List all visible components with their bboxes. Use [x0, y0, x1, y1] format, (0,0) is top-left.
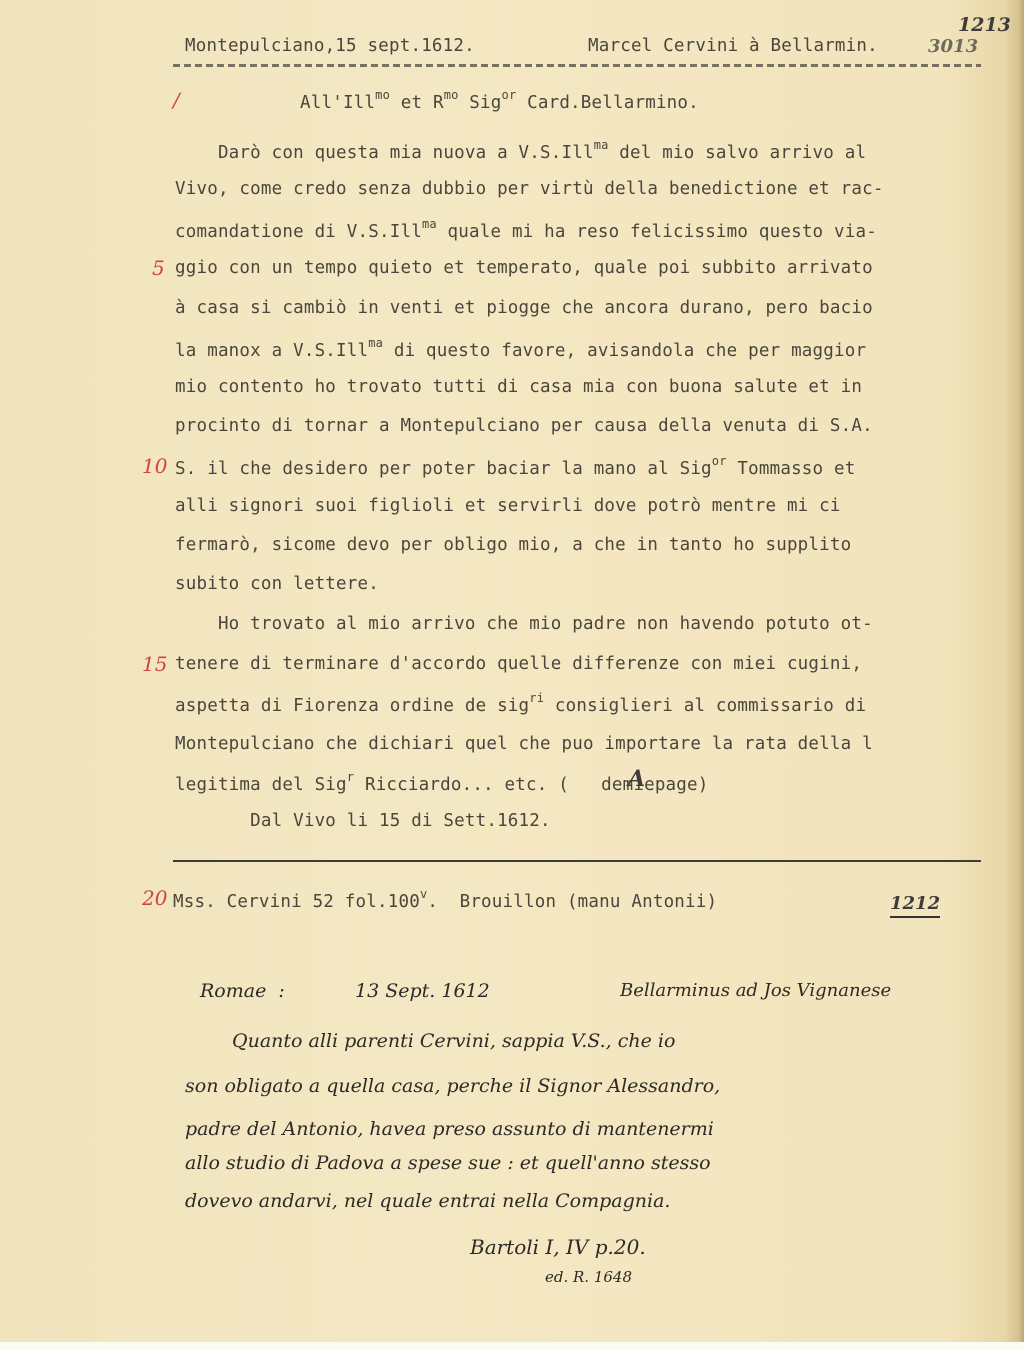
hand-title: Bellarminus ad Jos Vignanese: [620, 980, 891, 1001]
letter-line: fermarò, sicome devo per obligo mio, a c…: [175, 535, 851, 555]
source-citation: Mss. Cervini 52 fol.100v. Brouillon (man…: [173, 889, 717, 912]
hand-line: Quanto alli parenti Cervini, sappia V.S.…: [232, 1030, 675, 1052]
hand-line: padre del Antonio, havea preso assunto d…: [185, 1118, 714, 1140]
section-divider: [173, 860, 981, 862]
header-title: Marcel Cervini à Bellarmin.: [588, 36, 878, 56]
page-number-source: 1212: [890, 893, 940, 918]
letter-line: Montepulciano che dichiari quel che puo …: [175, 734, 873, 754]
letter-line: Ho trovato al mio arrivo che mio padre n…: [175, 614, 873, 634]
letter-line: Darò con questa mia nuova a V.S.Illma de…: [175, 140, 866, 163]
letter-closing: Dal Vivo li 15 di Sett.1612.: [175, 811, 551, 831]
letter-line: à casa si cambiò in venti et piogge che …: [175, 298, 873, 318]
letter-line: mio contento ho trovato tutti di casa mi…: [175, 377, 862, 397]
pencil-mark: A: [628, 766, 645, 792]
letter-line: tenere di terminare d'accordo quelle dif…: [175, 654, 862, 674]
letter-line: comandatione di V.S.Illma quale mi ha re…: [175, 219, 877, 242]
margin-number: /: [173, 88, 180, 112]
margin-number: 5: [152, 256, 165, 280]
hand-line: son obligato a quella casa, perche il Si…: [185, 1075, 720, 1097]
hand-line: dovevo andarvi, nel quale entrai nella C…: [185, 1190, 670, 1212]
letter-line: alli signori suoi figlioli et servirli d…: [175, 496, 841, 516]
letter-line: Vivo, come credo senza dubbio per virtù …: [175, 179, 884, 199]
margin-number: 10: [142, 454, 167, 478]
letter-line: ggio con un tempo quieto et temperato, q…: [175, 258, 873, 278]
hand-reference: Bartoli I, IV p.20.: [470, 1235, 646, 1259]
hand-place: Romae :: [200, 980, 285, 1002]
page-number-new: 1213: [958, 14, 1011, 36]
letter-line: aspetta di Fiorenza ordine de sigri cons…: [175, 693, 866, 716]
header-place-date: Montepulciano,15 sept.1612.: [185, 36, 475, 56]
letter-line: la manox a V.S.Illma di questo favore, a…: [175, 338, 866, 361]
margin-number: 20: [142, 886, 167, 910]
address-line: All'Illmo et Rmo Sigor Card.Bellarmino.: [300, 90, 699, 113]
hand-reference-edition: ed. R. 1648: [545, 1268, 632, 1286]
page-number-old: 3013: [928, 36, 978, 57]
margin-number: 15: [142, 652, 167, 676]
document-page: Montepulciano,15 sept.1612. Marcel Cervi…: [0, 0, 1024, 1342]
letter-line: subito con lettere.: [175, 574, 379, 594]
letter-line: procinto di tornar a Montepulciano per c…: [175, 416, 873, 436]
hand-line: allo studio di Padova a spese sue : et q…: [185, 1152, 711, 1174]
letter-line: S. il che desidero per poter baciar la m…: [175, 456, 856, 479]
header-dashed-divider: [173, 64, 981, 67]
hand-date: 13 Sept. 1612: [355, 980, 490, 1002]
